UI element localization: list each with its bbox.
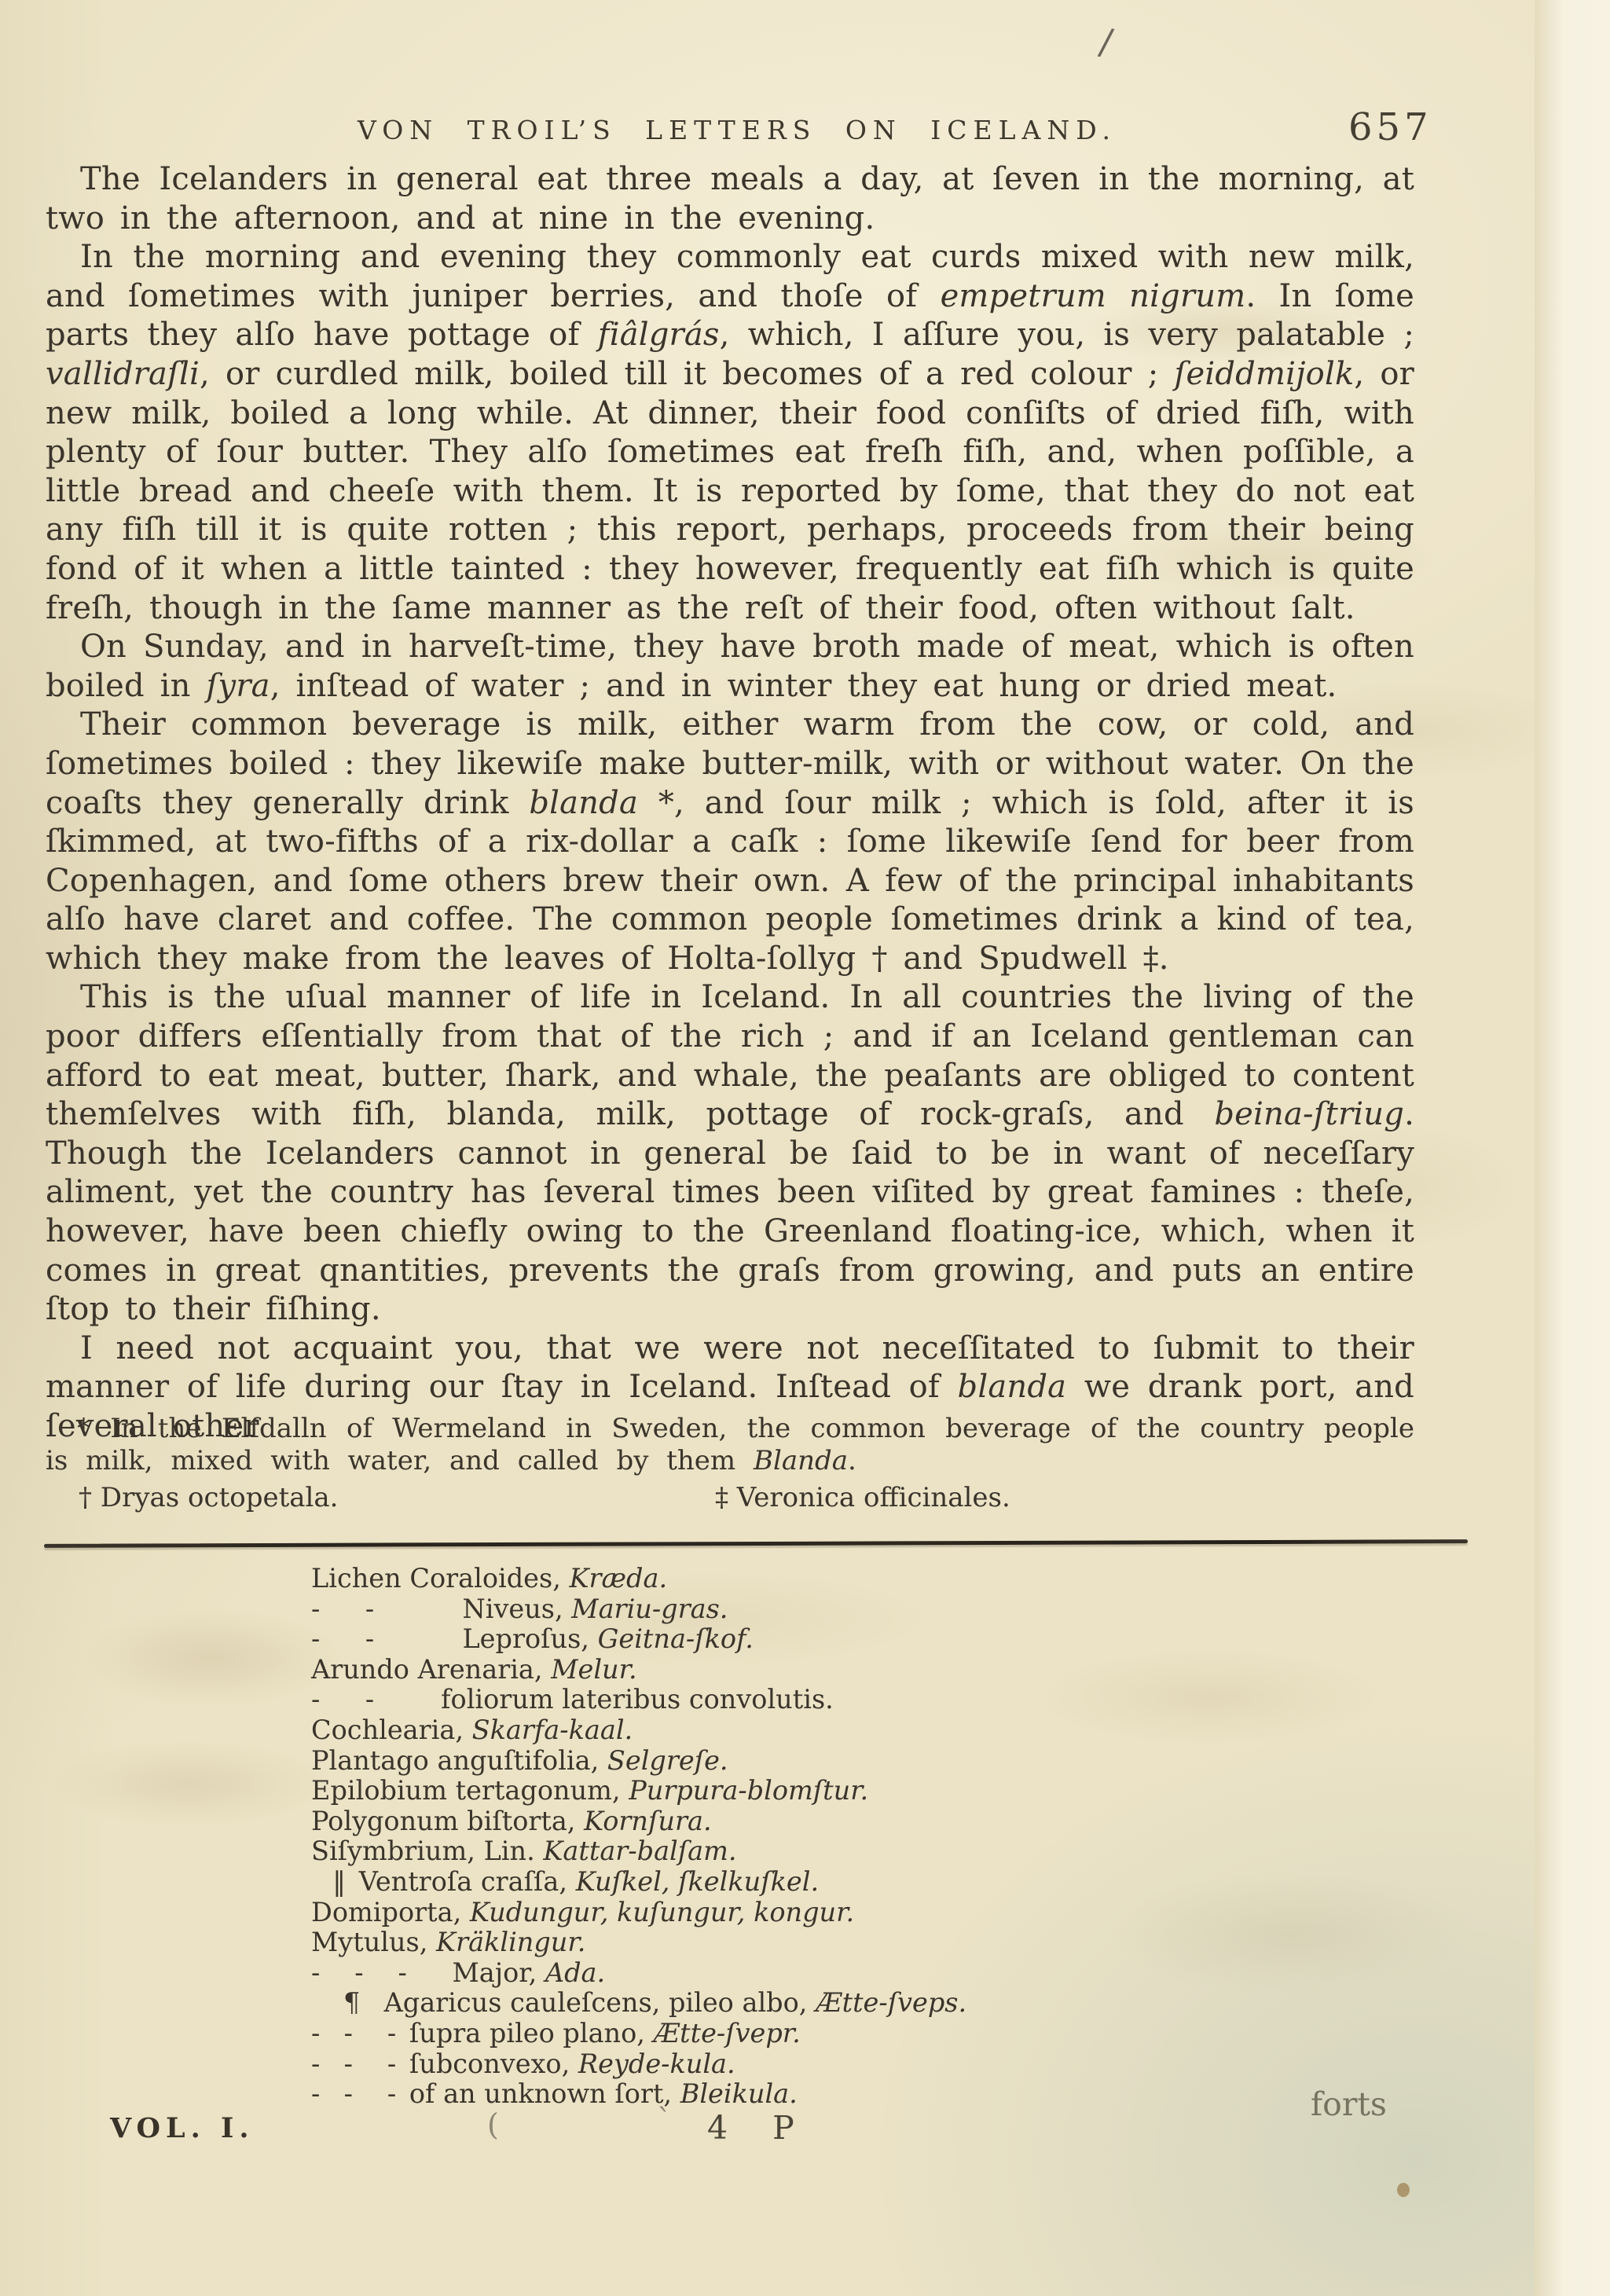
section-rule [44, 1539, 1468, 1548]
pen-mark-slash: / [1096, 20, 1116, 64]
text-run: Major, [452, 1957, 545, 1988]
species-list-item: Cochlearia, Skarfa-kaal. [311, 1715, 966, 1746]
letter-body: The Icelanders in general eat three meal… [46, 160, 1414, 1447]
text-run: Epilobium tertagonum, [311, 1775, 629, 1806]
text-run: foliorum lateribus convolutis. [441, 1684, 834, 1715]
text-run: The Icelanders in general eat three meal… [46, 161, 1414, 237]
italic-term: Kräklingur. [436, 1927, 585, 1957]
species-list-item: Siſymbrium, Lin. Kattar-balſam. [311, 1836, 966, 1867]
italic-term: Ætte-ſvepr. [654, 2018, 801, 2048]
species-list-item: Domiporta, Kudungur, kuſungur, kongur. [311, 1898, 966, 1928]
text-run: , or new milk, boiled a long while. At d… [46, 356, 1414, 626]
text-run: Niveus, [462, 1594, 571, 1624]
italic-term: ſeiddmijolk [1174, 356, 1354, 392]
italic-term: Kudungur, kuſungur, kongur. [470, 1897, 854, 1927]
italic-term: beina-ſtriug [1214, 1096, 1404, 1132]
footnotes: * In the Elfdalln of Wermeland in Sweden… [46, 1413, 1414, 1514]
text-run: Polygonum biſtorta, [311, 1806, 584, 1836]
text-run: Ventroſa craſſa, [359, 1866, 576, 1897]
list-prefix: - - [311, 1623, 462, 1654]
list-prefix: - - - [311, 2078, 409, 2109]
species-list-item: - - Niveus, Mariu-gras. [311, 1594, 966, 1625]
species-list-item: - - - of an unknown ſort, Bleikula. [311, 2079, 966, 2110]
italic-term: fiâlgrás [598, 317, 720, 353]
species-list-item: Polygonum biſtorta, Kornſura. [311, 1806, 966, 1837]
italic-term: Purpura-blomſtur. [629, 1775, 868, 1806]
text-run: Lichen Coraloides, [311, 1563, 570, 1594]
italic-term: Kornſura. [584, 1806, 712, 1836]
footnote-dryas: † Dryas octopetala. [79, 1482, 338, 1513]
text-run: , inſtead of water ; and in winter they … [270, 668, 1337, 704]
list-prefix: - - [311, 1684, 441, 1715]
text-run: Cochlearia, [311, 1715, 472, 1745]
italic-term: Reyde-kula. [578, 2048, 735, 2079]
italic-term: Mariu-gras. [571, 1594, 728, 1624]
page-edge [1535, 0, 1610, 2296]
text-run: , or curdled milk, boiled till it become… [200, 356, 1174, 392]
species-list-item: - - Leproſus, Geitna-ſkof. [311, 1624, 966, 1655]
text-run: of an unknown ſort, [409, 2078, 680, 2109]
text-run: * In the Elfdalln of Wermeland in Sweden… [46, 1413, 1414, 1476]
species-list-item: Plantago anguſtifolia, Selgreſe. [311, 1746, 966, 1777]
species-list: Lichen Coraloides, Kræda.- - Niveus, Mar… [311, 1564, 966, 2110]
species-list-item: Arundo Arenaria, Melur. [311, 1655, 966, 1685]
italic-term: Ætte-ſveps. [816, 1987, 966, 2018]
text-run: ſupra pileo plano, [409, 2018, 654, 2048]
list-prefix: - - - [311, 1957, 452, 1988]
italic-term: Melur. [551, 1654, 636, 1685]
italic-term: ſyra [207, 668, 270, 704]
text-run: Domiporta, [311, 1897, 470, 1927]
species-list-item: Lichen Coraloides, Kræda. [311, 1564, 966, 1594]
italic-term: Selgreſe. [607, 1745, 728, 1776]
footnote-veronica: ‡ Veronica officinales. [715, 1482, 1010, 1514]
paragraph-meals: The Icelanders in general eat three meal… [46, 160, 1414, 238]
paragraph-manner-of-life: This is the uſual manner of life in Icel… [46, 978, 1414, 1329]
pen-mark-paren: ( [487, 2107, 499, 2142]
text-run: Arundo Arenaria, [311, 1654, 551, 1685]
text-run: † Dryas octopetala. [79, 1482, 338, 1513]
text-run: Plantago anguſtifolia, [311, 1745, 607, 1776]
text-run: . [848, 1445, 856, 1476]
list-prefix: - - - [311, 2048, 409, 2079]
text-run: Siſymbrium, Lin. [311, 1836, 543, 1866]
text-run: ſubconvexo, [409, 2048, 578, 2079]
running-title: VON TROIL’S LETTERS ON ICELAND. [358, 115, 1117, 145]
italic-term: Kræda. [570, 1563, 668, 1594]
species-list-item: Mytulus, Kräklingur. [311, 1927, 966, 1958]
footnote-row: † Dryas octopetala. ‡ Veronica officinal… [46, 1482, 1414, 1514]
paragraph-beverage: Their common beverage is milk, either wa… [46, 706, 1414, 978]
italic-term: Blanda [754, 1445, 848, 1476]
species-list-item: ‖ Ventroſa craſſa, Kuſkel, ſkelkuſkel. [311, 1867, 966, 1898]
italic-term: blanda [958, 1369, 1067, 1405]
italic-term: Kattar-balſam. [543, 1836, 736, 1866]
text-run: ‡ Veronica officinales. [715, 1482, 1010, 1513]
species-list-item: - - - ſupra pileo plano, Ætte-ſvepr. [311, 2019, 966, 2049]
species-list-item: - - - ſubconvexo, Reyde-kula. [311, 2049, 966, 2080]
species-list-item: Epilobium tertagonum, Purpura-blomſtur. [311, 1776, 966, 1806]
species-list-item: - - - Major, Ada. [311, 1958, 966, 1989]
italic-term: vallidraſli [46, 356, 200, 392]
italic-term: empetrum nigrum [941, 278, 1246, 314]
signature-mark: 4 P [707, 2109, 812, 2147]
volume-label: VOL. I. [110, 2112, 255, 2144]
list-prefix: - - [311, 1594, 462, 1624]
list-prefix: - - - [311, 2018, 409, 2048]
list-prefix: ¶ [311, 1987, 384, 2018]
paragraph-sunday-broth: On Sunday, and in harveſt-time, they hav… [46, 628, 1414, 706]
text-run: Mytulus, [311, 1927, 436, 1957]
text-run: Leproſus, [462, 1623, 597, 1654]
foxing-speck [1397, 2183, 1410, 2197]
paragraph-morning-food: In the morning and evening they commonly… [46, 238, 1414, 628]
list-prefix: ‖ [311, 1866, 359, 1897]
text-run: , which, I aſſure you, is very palatable… [720, 317, 1414, 353]
italic-term: Bleikula. [680, 2078, 798, 2109]
text-run: This is the uſual manner of life in Icel… [46, 979, 1414, 1132]
italic-term: Geitna-ſkof. [598, 1623, 754, 1654]
footnote-blanda: * In the Elfdalln of Wermeland in Sweden… [46, 1413, 1414, 1477]
italic-term: Kuſkel, ſkelkuſkel. [576, 1866, 819, 1897]
page-number: 657 [1348, 105, 1432, 149]
italic-term: Ada. [545, 1957, 605, 1988]
scanned-book-page: { "header": { "title": "VON TROIL’S LETT… [0, 0, 1610, 2296]
italic-term: blanda [529, 785, 638, 821]
species-list-item: - - foliorum lateribus convolutis. [311, 1685, 966, 1715]
catchword: forts [1311, 2085, 1387, 2123]
text-run: Agaricus cauleſcens, pileo albo, [384, 1987, 816, 2018]
species-list-item: ¶ Agaricus cauleſcens, pileo albo, Ætte-… [311, 1988, 966, 2019]
italic-term: Skarfa-kaal. [472, 1715, 633, 1745]
